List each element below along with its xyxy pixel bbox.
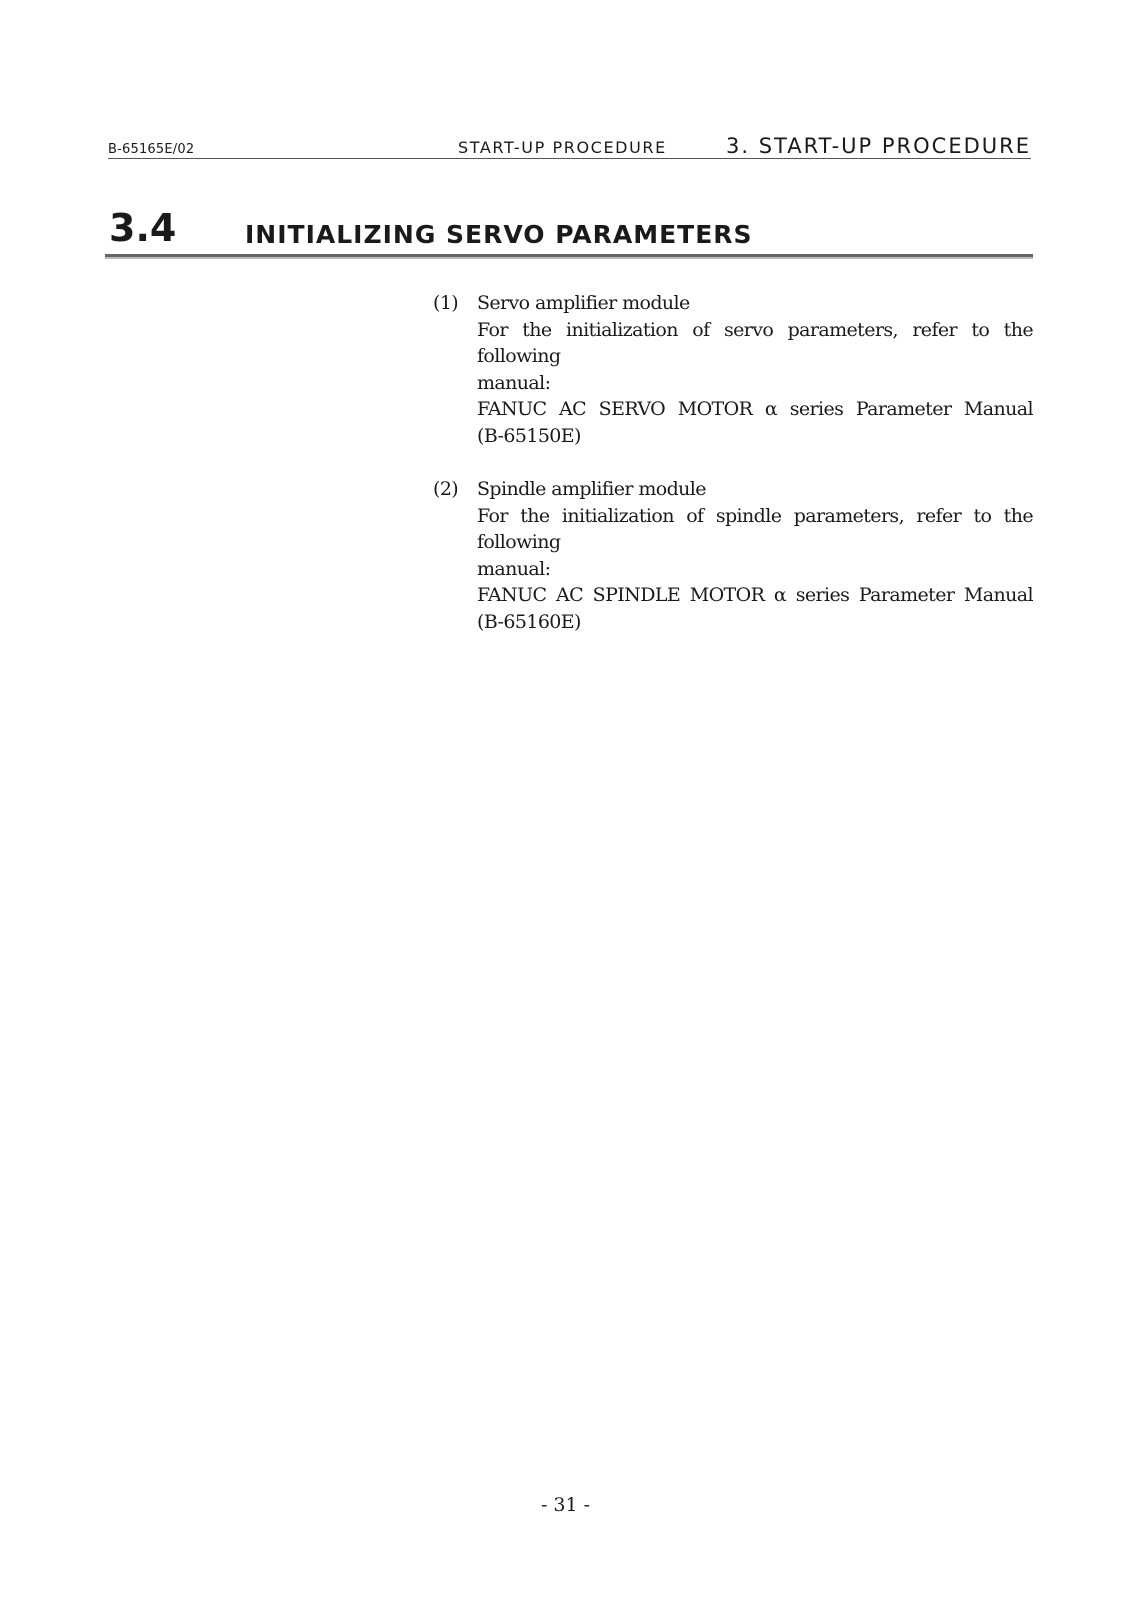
- item-title: Servo amplifier module: [477, 290, 1033, 317]
- list-item: (1) Servo amplifier module For the initi…: [433, 290, 1033, 449]
- manual-reference: FANUC AC SERVO MOTOR α series Parameter …: [477, 396, 1033, 423]
- item-title: Spindle amplifier module: [477, 476, 1033, 503]
- item-number: (1): [433, 290, 458, 317]
- section-rule-shadow: [105, 257, 1033, 259]
- section-number: 3.4: [109, 206, 176, 250]
- item-text: For the initialization of spindle parame…: [477, 503, 1033, 556]
- item-text-cont: manual:: [477, 556, 1033, 583]
- page-number: - 31 -: [0, 1494, 1131, 1516]
- item-text: For the initialization of servo paramete…: [477, 317, 1033, 370]
- section-heading: 3.4 INITIALIZING SERVO PARAMETERS: [105, 206, 1033, 256]
- list-item: (2) Spindle amplifier module For the ini…: [433, 476, 1033, 635]
- section-title: INITIALIZING SERVO PARAMETERS: [245, 220, 753, 249]
- item-text-cont: manual:: [477, 370, 1033, 397]
- page-header: B-65165E/02 START-UP PROCEDURE 3. START-…: [108, 136, 1031, 159]
- chapter-full-title: 3. START-UP PROCEDURE: [726, 134, 1031, 158]
- section-body: (1) Servo amplifier module For the initi…: [433, 290, 1033, 662]
- manual-number: (B-65150E): [477, 423, 1033, 450]
- chapter-short-title: START-UP PROCEDURE: [458, 138, 667, 157]
- doc-number: B-65165E/02: [108, 142, 194, 157]
- manual-number: (B-65160E): [477, 609, 1033, 636]
- manual-reference: FANUC AC SPINDLE MOTOR α series Paramete…: [477, 582, 1033, 609]
- item-number: (2): [433, 476, 458, 503]
